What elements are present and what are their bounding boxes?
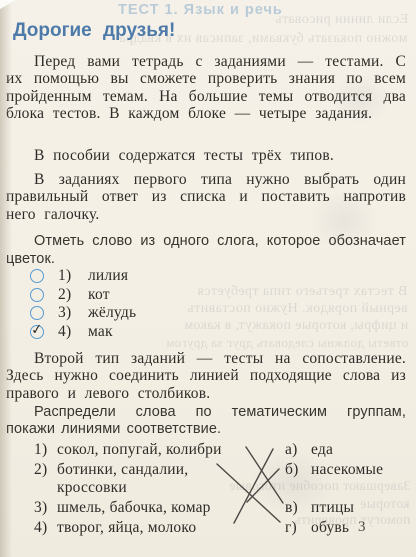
option-row: 2) кот — [30, 286, 136, 305]
left-item-text: ботинки, сандалии, — [57, 461, 285, 479]
matching-row: 1) сокол, попугай, колибри а) еда — [6, 441, 410, 459]
task1-options: 1) лилия 2) кот 3) жёлудь ✓ 4) мак — [30, 267, 136, 341]
option-label: мак — [88, 323, 113, 341]
intro-paragraph-2: В пособии содержатся тесты трёх типов. — [6, 147, 406, 164]
checkmark-icon: ✓ — [30, 321, 44, 338]
right-item-letter: а) — [285, 441, 311, 459]
right-item-text: насекомые — [311, 461, 410, 497]
bleedthrough-text: Если линии рисовать — [275, 12, 408, 28]
left-item-number: 1) — [34, 441, 57, 459]
middle-paragraph: Второй тип заданий — тесты на сопоставле… — [6, 350, 406, 402]
option-label: жёлудь — [88, 304, 136, 322]
option-row: 1) лилия — [30, 267, 136, 286]
page-title: Дорогие друзья! — [13, 20, 175, 42]
option-row: ✓ 4) мак — [30, 323, 136, 342]
left-item-text: шмель, бабочка, комар — [57, 499, 211, 516]
option-number: 3) — [58, 304, 88, 322]
matching-row: 3) шмель, бабочка, комар в) птицы — [6, 499, 410, 517]
option-number: 1) — [58, 267, 88, 285]
option-number: 4) — [58, 323, 88, 341]
left-item-text: творог, яйца, молоко — [57, 519, 196, 536]
right-item-letter: б) — [285, 461, 311, 497]
left-item-number: 2) — [34, 461, 57, 497]
option-label: кот — [88, 286, 110, 304]
right-item-letter: г) — [285, 519, 311, 537]
option-label: лилия — [88, 267, 128, 285]
intro-paragraph-1: Перед вами тетрадь с заданиями — тестами… — [6, 53, 406, 123]
option-number: 2) — [58, 286, 88, 304]
matching-row: 4) творог, яйца, молоко г) обувь — [6, 519, 410, 537]
right-item-text: птицы — [311, 499, 410, 517]
bleedthrough-heading: ТЕСТ 1. Язык и речь — [118, 2, 283, 18]
workbook-page: ТЕСТ 1. Язык и речь Если линии рисовать … — [0, 0, 416, 557]
bleedthrough-text: и цифры, которые покажут, в каком — [184, 318, 408, 334]
matching-row: 2) ботинки, сандалии, кроссовки б) насек… — [6, 461, 410, 497]
task1-instruction: Отметь слово из одного слога, которое об… — [6, 232, 406, 268]
intro-paragraph-3: В заданиях первого типа нужно выбрать од… — [6, 171, 406, 223]
matching-exercise: 1) сокол, попугай, колибри а) еда 2) бот… — [6, 441, 410, 539]
task2-instruction: Распредели слова по тематическим группам… — [6, 404, 406, 438]
page-number: 3 — [358, 519, 366, 536]
bleedthrough-text: ответы должны следовать друг за другом — [166, 335, 408, 351]
left-item-text: сокол, попугай, колибри — [57, 441, 222, 458]
radio-circle-icon[interactable] — [30, 288, 44, 302]
bleedthrough-text: В тестах третьего типа требуется — [197, 284, 408, 300]
right-item-text: еда — [311, 441, 410, 459]
right-item-letter: в) — [285, 499, 311, 517]
bleedthrough-text: верный порядок. Нужно поставить — [187, 301, 408, 317]
radio-circle-icon-checked[interactable]: ✓ — [30, 325, 44, 339]
left-item-text: кроссовки — [57, 479, 285, 497]
scan-corner — [0, 0, 16, 9]
left-item-number: 3) — [34, 499, 57, 517]
radio-circle-icon[interactable] — [30, 269, 44, 283]
option-row: 3) жёлудь — [30, 304, 136, 323]
left-item-number: 4) — [34, 519, 57, 537]
radio-circle-icon[interactable] — [30, 306, 44, 320]
